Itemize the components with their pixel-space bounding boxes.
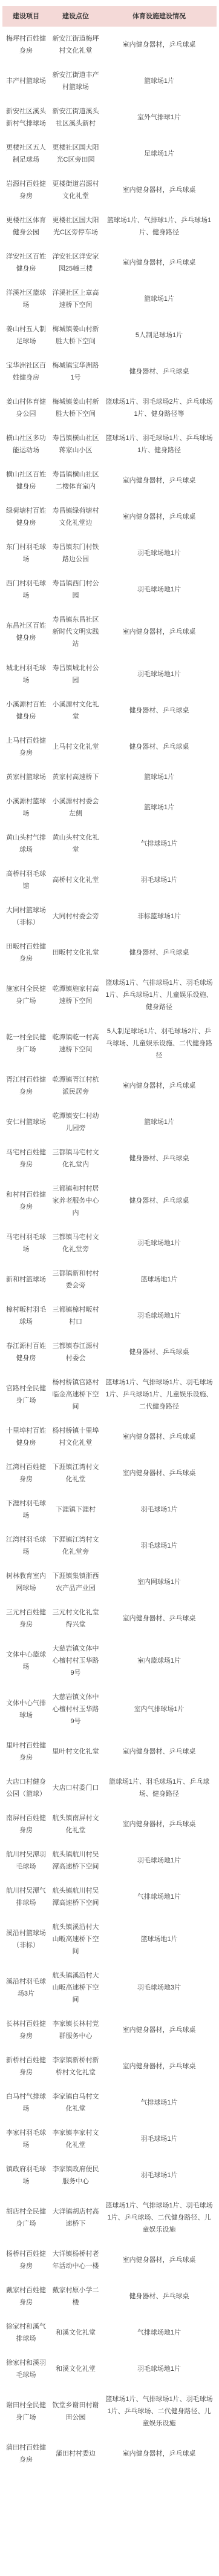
location-cell: 李家镇新桥村新桥村文化礼堂 [50,2054,102,2078]
project-cell: 横山社区多功能运动场 [2,432,50,456]
project-cell: 大店口村健身公园（篮球） [2,1776,50,1800]
project-cell: 西门村羽毛球场 [2,577,50,602]
project-cell: 大同村篮球场（非标） [2,904,50,928]
location-cell: 洋安社区洋安家园25幢三楼 [50,251,102,275]
project-cell: 马宅村百姓健身房 [2,1146,50,1171]
project-cell: 南屏村百姓健身房 [2,1812,50,1836]
project-cell: 高桥村羽毛球馆 [2,868,50,892]
project-cell: 姜山村体育健身公园 [2,396,50,420]
facilities-cell: 足球场1片 [102,148,217,160]
table-row: 绿荷塘村百姓健身房寿昌镇绿荷塘村文化礼堂边室内健身器材，乒乓球桌 [2,499,217,535]
table-row: 梅坪村百姓健身房新安江街道梅坪村文化礼堂室内健身器材，乒乓球桌 [2,27,217,63]
project-cell: 黄山头村气排球场 [2,832,50,856]
table-row: 更楼社区体育健身公园更楼社区国大阳光C区旁停车场篮球场1片、气排球1片、乒乓球场… [2,208,217,245]
location-cell: 梅城镇宝华洲路1号 [50,360,102,384]
facilities-table: 建设项目 建设点位 体育设施建设情况 梅坪村百姓健身房新安江街道梅坪村文化礼堂室… [2,6,217,2472]
table-row: 胥江村百姓健身房乾潭镇胥江村杭派民居旁室内健身器材，乒乓球桌 [2,1068,217,1104]
table-row: 镇政府羽毛球场李家镇政府便民服务中心羽毛球场1片 [2,2157,217,2193]
table-row: 洋安社区百姓健身房洋安社区洋安家园25幢三楼室内健身器材，乒乓球桌 [2,245,217,281]
project-cell: 官路村全民健身广场 [2,1382,50,1407]
table-row: 西门村羽毛球场寿昌镇西门村公园羽毛球场地1片 [2,571,217,608]
project-cell: 胥江村百姓健身房 [2,1074,50,1098]
table-row: 乾一村全民健身广场乾潭镇乾一村高速桥下空间5人制足球场1片、羽毛球场2片、乒乓球… [2,1019,217,1068]
facilities-cell: 篮球场1片 [102,1116,217,1128]
project-cell: 蒲田村百姓健身房 [2,2442,50,2466]
location-cell: 新安江街道丰产村篮球场 [50,69,102,93]
facilities-cell: 羽毛球场地1片 [102,1855,217,1867]
location-cell: 下涯镇江湾村文化礼堂旁 [50,1534,102,1558]
location-cell: 杨村桥镇十里埠村文化礼堂 [50,1425,102,1449]
location-cell: 戴家村原小学二楼 [50,2284,102,2308]
project-cell: 姜山村五人制足球场 [2,323,50,347]
facilities-cell: 室内健身器材，乒乓球桌 [102,626,217,638]
project-cell: 溪沿村羽毛球场3片 [2,1976,50,2000]
project-cell: 樟村畈村羽毛球场 [2,1304,50,1328]
facilities-cell: 羽毛球场地1片 [102,547,217,559]
table-row: 新安社区溪头新村气排球场新安江街道溪头社区溪头新村室外气排球1片 [2,99,217,136]
location-cell: 杨村桥镇官路村临金高速桥下空间 [50,1376,102,1413]
table-row: 航川村吴潭羽毛球场航头镇航川村吴潭高速桥下空间羽毛球场地1片 [2,1842,217,1879]
facilities-cell: 羽毛球场地1片 [102,1237,217,1249]
project-cell: 里叶村百姓健身房 [2,1740,50,1764]
facilities-cell: 健身器材、乒乓球桌 [102,705,217,717]
facilities-cell: 室内健身器材，乒乓球桌 [102,2254,217,2266]
project-cell: 洋溪社区篮球场 [2,287,50,311]
location-cell: 乾潭镇乾一村高速桥下空间 [50,1031,102,1056]
table-row: 田畈村百姓健身房田畈村文化礼堂健身器材、乒乓球桌 [2,935,217,971]
location-cell: 寿昌镇东昌社区新时代文明实践站 [50,614,102,650]
location-cell: 洋溪社区上章高速桥下空间 [50,287,102,311]
table-row: 溪沿村篮球场（非标）航头镇溪沿村大山畈高速桥下空间篮球场地1片 [2,1915,217,1963]
project-cell: 更楼社区五人制足球场 [2,142,50,166]
project-cell: 东昌社区百姓健身房 [2,620,50,644]
table-row: 新和村篮球场三都镇新和村村委会旁篮球场地1片 [2,1261,217,1298]
location-cell: 大洋镇杨桥村老年活动中心一楼 [50,2248,102,2272]
table-row: 航川村吴潭气排球场航头镇航川村吴潭高速桥下空间气排球场地1片 [2,1879,217,1915]
facilities-cell: 篮球场1片、气排球1片、乒乓球场1片、健身路径 [102,214,217,238]
facilities-cell: 室内健身器材，乒乓球桌 [102,184,217,196]
project-cell: 岩源村百姓健身房 [2,178,50,202]
project-cell: 李家村羽毛球场 [2,2127,50,2151]
project-cell: 谢田村全民健身广场 [2,2399,50,2423]
table-row: 岩源村百姓健身房更楼街道岩源村文化礼堂室内健身器材，乒乓球桌 [2,172,217,208]
project-cell: 镇政府羽毛球场 [2,2163,50,2187]
facilities-cell: 5人制足球场1片、羽毛球场2片、乒乓球场、儿童娱乐设施、二代健身路径 [102,1025,217,1062]
facilities-cell: 健身器材、乒乓球桌 [102,741,217,753]
facilities-cell: 篮球场1片 [102,771,217,783]
table-row: 姜山村五人制足球场梅城镇姜山村新胜大桥下空间5人制足球场1片 [2,317,217,353]
facilities-cell: 非标篮球场1片 [102,910,217,922]
facilities-cell: 羽毛球场1片 [102,1540,217,1552]
table-row: 李家村羽毛球场李家镇李家村文化礼堂羽毛球场1片 [2,2121,217,2157]
location-cell: 黄山头村文化礼堂 [50,832,102,856]
facilities-cell: 篮球场1片、羽毛球场1片、乒乓球场1片、健身路径 [102,432,217,456]
table-row: 徐家村和溪气排球场和溪文化礼堂气排球场地1片 [2,2315,217,2351]
project-cell: 新安社区溪头新村气排球场 [2,105,50,130]
project-cell: 更楼社区体育健身公园 [2,214,50,238]
location-cell: 下涯镇集镇浙西农产品产业园 [50,1570,102,1594]
table-row: 横山社区多功能运动场寿昌镇横山社区蒋家山小区篮球场1片、羽毛球场1片、乒乓球场1… [2,426,217,462]
location-cell: 李家镇白马村文化礼堂 [50,2091,102,2115]
project-cell: 田畈村百姓健身房 [2,941,50,965]
location-cell: 更楼社区国大阳光C区旁田园 [50,142,102,166]
project-cell: 马宅村羽毛球场 [2,1231,50,1255]
location-cell: 李家镇长林村党群服务中心 [50,2018,102,2042]
facilities-cell: 篮球场地1片 [102,1933,217,1945]
facilities-cell: 气排球场1片 [102,2097,217,2109]
facilities-cell: 羽毛球场地1片 [102,2363,217,2375]
table-row: 戴家村百姓健身房戴家村原小学二楼健身器材、乒乓球桌 [2,2278,217,2315]
table-row: 马宅村羽毛球场三都镇马宅村文化礼堂旁羽毛球场地1片 [2,1225,217,1261]
table-row: 谢田村全民健身广场钦堂乡谢田村谢田公园篮球场1片、气排球场1片、羽毛球场1片、乒… [2,2387,217,2436]
facilities-cell: 室内健身器材，乒乓球桌 [102,257,217,269]
project-cell: 小溪源村篮球场 [2,795,50,820]
location-cell: 寿昌镇西门村公园 [50,577,102,602]
project-cell: 黄家村篮球场 [2,771,50,783]
project-cell: 施家村全民健身广场 [2,983,50,1007]
location-cell: 寿昌镇绿荷塘村文化礼堂边 [50,505,102,529]
location-cell: 航头镇溪沿村大山畈高速桥下空间 [50,1921,102,1957]
location-cell: 乾潭镇胥江村杭派民居旁 [50,1074,102,1098]
location-cell: 三都镇春江源村村委会 [50,1340,102,1364]
table-row: 春江源村百姓健身房三都镇春江源村村委会健身器材、乒乓球桌 [2,1334,217,1370]
table-row: 文体中心气排球场大慈岩镇文体中心檀村村玉华路9号室内气排球场1片 [2,1685,217,1733]
table-row: 洋溪社区篮球场洋溪社区上章高速桥下空间篮球场1片 [2,281,217,317]
project-cell: 十里埠村百姓健身房 [2,1425,50,1449]
facilities-cell: 室内健身器材，乒乓球桌 [102,2448,217,2460]
project-cell: 文体中心气排球场 [2,1697,50,1721]
facilities-cell: 室内篮球场1片 [102,1655,217,1667]
location-cell: 下涯镇江湾村文化礼堂 [50,1461,102,1485]
facilities-cell: 篮球场1片、羽毛球场2片、乒乓球场1片、健身路径等 [102,396,217,420]
facilities-cell: 羽毛球场1片 [102,2169,217,2181]
table-row: 东昌社区百姓健身房寿昌镇东昌社区新时代文明实践站室内健身器材，乒乓球桌 [2,608,217,656]
facilities-cell: 健身器材、乒乓球桌 [102,1346,217,1358]
location-cell: 三都镇樟村畈村村口 [50,1304,102,1328]
table-row: 十里埠村百姓健身房杨村桥镇十里埠村文化礼堂室内健身器材、乒乓球桌 [2,1419,217,1455]
facilities-cell: 室内气排球场1片 [102,1703,217,1715]
location-cell: 新安江街道梅坪村文化礼堂 [50,33,102,57]
location-cell: 上马村文化礼堂 [50,741,102,753]
project-cell: 白马村气排球场 [2,2091,50,2115]
location-cell: 三元村文化礼堂得兴堂 [50,1606,102,1631]
table-row: 大店口村健身公园（篮球）大店口村委门口篮球场1片、羽毛球场1片、乒乓球场、健身路… [2,1770,217,1806]
location-cell: 蒲田村村委边 [50,2448,102,2460]
location-cell: 更楼街道岩源村文化礼堂 [50,178,102,202]
project-cell: 长林村百姓健身房 [2,2018,50,2042]
facilities-cell: 篮球场地1片 [102,1273,217,1286]
table-row: 三元村百姓健身房三元村文化礼堂得兴堂室内健身器材、乒乓球桌 [2,1600,217,1637]
facilities-cell: 篮球场1片 [102,293,217,305]
facilities-cell: 篮球场1片、气排球场1片、羽毛球场1片、乒乓球场1片、儿童娱乐设施、健身路径 [102,977,217,1013]
location-cell: 小溪源村村委会左侧 [50,795,102,820]
facilities-cell: 羽毛球场1片 [102,874,217,886]
location-cell: 三都镇和村村居家养老服务中心内 [50,1183,102,1219]
location-cell: 大慈岩镇文体中心檀村村玉华路9号 [50,1691,102,1727]
table-row: 里叶村百姓健身房里叶村文化礼堂室内健身器材、乒乓球桌 [2,1733,217,1770]
project-cell: 三元村百姓健身房 [2,1606,50,1631]
project-cell: 丰产村篮球场 [2,75,50,87]
facilities-cell: 室内健身器材、乒乓球桌 [102,1746,217,1758]
location-cell: 高桥村文化礼堂 [50,874,102,886]
table-row: 南屏村百姓健身房航头镇南屏村文化礼堂室内健身器材，乒乓球桌 [2,1806,217,1842]
table-row: 文体中心篮球场大慈岩镇文体中心檀村村玉华路9号室内篮球场1片 [2,1637,217,1685]
facilities-cell: 室内健身器材、乒乓球桌 [102,1612,217,1625]
location-cell: 梅城镇姜山村新胜大桥下空间 [50,396,102,420]
location-cell: 三都镇马宅村文化礼堂旁 [50,1231,102,1255]
project-cell: 航川村吴潭气排球场 [2,1885,50,1909]
table-row: 小溪源村篮球场小溪源村村委会左侧篮球场1片 [2,789,217,826]
location-cell: 航头镇溪沿村大山畈高速桥下空间 [50,1970,102,2006]
table-row: 马宅村百姓健身房三都镇马宅村文化礼堂内健身器材、乒乓球桌 [2,1140,217,1177]
header-location: 建设点位 [50,11,102,21]
facilities-cell: 篮球场1片、羽毛球场1片、乒乓球场、健身路径 [102,1776,217,1800]
table-row: 黄山头村气排球场黄山头村文化礼堂气排球场1片 [2,826,217,862]
table-row: 高桥村羽毛球馆高桥村文化礼堂羽毛球场1片 [2,862,217,898]
location-cell: 大同村村委会旁 [50,910,102,922]
location-cell: 李家镇政府便民服务中心 [50,2163,102,2187]
facilities-cell: 篮球场1片 [102,801,217,813]
table-row: 溪沿村羽毛球场3片航头镇溪沿村大山畈高速桥下空间羽毛球场地3片 [2,1963,217,2012]
location-cell: 钦堂乡谢田村谢田公园 [50,2399,102,2423]
project-cell: 新桥村百姓健身房 [2,2054,50,2078]
location-cell: 新安江街道溪头社区溪头新村 [50,105,102,130]
facilities-cell: 羽毛球场1片 [102,2133,217,2145]
location-cell: 航头镇南屏村文化礼堂 [50,1812,102,1836]
facilities-cell: 篮球场1片、气排球场1片、羽毛球场1片、乒乓球场1片、儿童娱乐设施、二代健身路径 [102,1376,217,1413]
table-row: 樟村畈村羽毛球场三都镇樟村畈村村口羽毛球场地1片 [2,1298,217,1334]
table-row: 徐家村和溪羽毛球场和溪文化礼堂羽毛球场地1片 [2,2351,217,2387]
location-cell: 里叶村文化礼堂 [50,1746,102,1758]
location-cell: 李家镇李家村文化礼堂 [50,2127,102,2151]
location-cell: 小溪源村文化礼堂 [50,698,102,723]
facilities-cell: 室内健身器材，乒乓球桌 [102,2024,217,2036]
facilities-cell: 室内健身器材，乒乓球桌 [102,475,217,487]
location-cell: 寿昌镇横山社区二楼体育室内 [50,468,102,493]
project-cell: 城北村羽毛球场 [2,662,50,686]
project-cell: 小溪源村百姓健身房 [2,698,50,723]
table-row: 小溪源村百姓健身房小溪源村文化礼堂健身器材、乒乓球桌 [2,692,217,729]
facilities-cell: 健身器材、乒乓球桌 [102,1195,217,1207]
table-row: 丰产村篮球场新安江街道丰产村篮球场篮球场1片 [2,63,217,99]
table-row: 姜山村体育健身公园梅城镇姜山村新胜大桥下空间篮球场1片、羽毛球场2片、乒乓球场1… [2,390,217,426]
table-row: 安仁村篮球场乾潭镇安仁村幼儿园旁篮球场1片 [2,1104,217,1140]
project-cell: 绿荷塘村百姓健身房 [2,505,50,529]
project-cell: 新和村篮球场 [2,1273,50,1286]
project-cell: 梅坪村百姓健身房 [2,33,50,57]
table-row: 大同村篮球场（非标）大同村村委会旁非标篮球场1片 [2,898,217,935]
project-cell: 下涯村羽毛球场 [2,1497,50,1522]
table-row: 杨桥村百姓健身房大洋镇杨桥村老年活动中心一楼室内健身器材，乒乓球桌 [2,2242,217,2278]
location-cell: 黄家村高速桥下 [50,771,102,783]
facilities-cell: 气排球场地1片 [102,1891,217,1903]
project-cell: 上马村百姓健身房 [2,735,50,759]
location-cell: 更楼社区国大阳光C区旁停车场 [50,214,102,238]
facilities-cell: 篮球场1片、气排球场1片、羽毛球场1片、乒乓球场、二代健身路径、儿童娱乐设施 [102,2200,217,2236]
facilities-cell: 羽毛球场1片 [102,1503,217,1516]
table-row: 东门村羽毛球场寿昌镇东门村铁路边公园羽毛球场地1片 [2,535,217,571]
project-cell: 春江源村百姓健身房 [2,1340,50,1364]
table-row: 江湾村百姓健身房下涯镇江湾村文化礼堂室内健身器材、乒乓球桌 [2,1455,217,1491]
location-cell: 航头镇航川村吴潭高速桥下空间 [50,1848,102,1873]
facilities-cell: 室内健身器材，乒乓球桌 [102,1818,217,1830]
facilities-cell: 羽毛球场地3片 [102,1982,217,1994]
facilities-cell: 室内健身器材、乒乓球桌 [102,1431,217,1443]
location-cell: 乾潭镇施家村高速桥下空间 [50,983,102,1007]
location-cell: 和溪文化礼堂 [50,2363,102,2375]
facilities-cell: 室外气排球1片 [102,111,217,123]
table-header-row: 建设项目 建设点位 体育设施建设情况 [2,6,217,27]
table-row: 江湾村羽毛球场下涯镇江湾村文化礼堂旁羽毛球场1片 [2,1528,217,1564]
header-facilities: 体育设施建设情况 [102,11,217,21]
project-cell: 洋安社区百姓健身房 [2,251,50,275]
table-row: 更楼社区五人制足球场更楼社区国大阳光C区旁田园足球场1片 [2,136,217,172]
project-cell: 胡店村全民健身广场 [2,2206,50,2230]
location-cell: 寿昌镇东门村铁路边公园 [50,541,102,565]
facilities-cell: 羽毛球场地1片 [102,1310,217,1322]
table-row: 下涯村羽毛球场下涯镇下涯村羽毛球场1片 [2,1491,217,1528]
location-cell: 三都镇新和村村委会旁 [50,1267,102,1292]
project-cell: 徐家村和溪气排球场 [2,2321,50,2345]
facilities-cell: 室内网球场1片 [102,1576,217,1588]
location-cell: 和溪文化礼堂 [50,2327,102,2339]
project-cell: 杨桥村百姓健身房 [2,2248,50,2272]
facilities-cell: 羽毛球场地1片 [102,668,217,680]
table-body: 梅坪村百姓健身房新安江街道梅坪村文化礼堂室内健身器材，乒乓球桌丰产村篮球场新安江… [2,27,217,2472]
project-cell: 乾一村全民健身广场 [2,1031,50,1056]
table-row: 施家村全民健身广场乾潭镇施家村高速桥下空间篮球场1片、气排球场1片、羽毛球场1片… [2,971,217,1019]
project-cell: 宝华洲社区百姓健身房 [2,360,50,384]
table-row: 宝华洲社区百姓健身房梅城镇宝华洲路1号健身器材、乒乓球桌 [2,353,217,390]
facilities-cell: 健身器材、乒乓球桌 [102,1152,217,1165]
project-cell: 横山社区百姓健身房 [2,468,50,493]
location-cell: 大店口村委门口 [50,1782,102,1794]
project-cell: 徐家村和溪羽毛球场 [2,2357,50,2381]
facilities-cell: 健身器材、乒乓球桌 [102,366,217,378]
facilities-cell: 气排球场1片 [102,838,217,850]
facilities-cell: 室内健身器材、乒乓球桌 [102,1467,217,1479]
location-cell: 乾潭镇安仁村幼儿园旁 [50,1110,102,1134]
project-cell: 和村村百姓健身房 [2,1189,50,1213]
facilities-cell: 健身器材、乒乓球桌 [102,2290,217,2302]
table-row: 上马村百姓健身房上马村文化礼堂健身器材、乒乓球桌 [2,729,217,765]
project-cell: 树林教育室内网球场 [2,1570,50,1594]
location-cell: 下涯镇下涯村 [50,1503,102,1516]
facilities-cell: 篮球场1片、气排球场1片、羽毛球场1片、乒乓球场、二代健身路径、儿童娱乐设施 [102,2393,217,2430]
facilities-cell: 篮球场1片 [102,75,217,87]
table-row: 白马村气排球场李家镇白马村文化礼堂气排球场1片 [2,2085,217,2121]
location-cell: 田畈村文化礼堂 [50,947,102,959]
location-cell: 寿昌镇城北村公园 [50,662,102,686]
project-cell: 航川村吴潭羽毛球场 [2,1848,50,1873]
project-cell: 江湾村百姓健身房 [2,1461,50,1485]
table-row: 黄家村篮球场黄家村高速桥下篮球场1片 [2,765,217,789]
facilities-cell: 室内健身器材，乒乓球桌 [102,1080,217,1092]
project-cell: 安仁村篮球场 [2,1116,50,1128]
table-row: 树林教育室内网球场下涯镇集镇浙西农产品产业园室内网球场1片 [2,1564,217,1600]
facilities-cell: 健身器材、乒乓球桌 [102,947,217,959]
facilities-cell: 室内健身器材，乒乓球桌 [102,511,217,523]
header-project: 建设项目 [2,11,50,21]
location-cell: 寿昌镇横山社区蒋家山小区 [50,432,102,456]
table-row: 城北村羽毛球场寿昌镇城北村公园羽毛球场地1片 [2,656,217,692]
project-cell: 江湾村羽毛球场 [2,1534,50,1558]
table-row: 长林村百姓健身房李家镇长林村党群服务中心室内健身器材，乒乓球桌 [2,2012,217,2048]
table-row: 蒲田村百姓健身房蒲田村村委边室内健身器材，乒乓球桌 [2,2436,217,2472]
project-cell: 戴家村百姓健身房 [2,2284,50,2308]
facilities-cell: 气排球场地1片 [102,2327,217,2339]
facilities-cell: 5人制足球场1片 [102,329,217,341]
location-cell: 航头镇航川村吴潭高速桥下空间 [50,1885,102,1909]
table-row: 横山社区百姓健身房寿昌镇横山社区二楼体育室内室内健身器材，乒乓球桌 [2,462,217,499]
project-cell: 文体中心篮球场 [2,1649,50,1673]
location-cell: 梅城镇姜山村新胜大桥下空间 [50,323,102,347]
table-row: 官路村全民健身广场杨村桥镇官路村临金高速桥下空间篮球场1片、气排球场1片、羽毛球… [2,1370,217,1419]
location-cell: 三都镇马宅村文化礼堂内 [50,1146,102,1171]
project-cell: 溪沿村篮球场（非标） [2,1927,50,1951]
facilities-cell: 室内健身器材，乒乓球桌 [102,39,217,51]
table-row: 新桥村百姓健身房李家镇新桥村新桥村文化礼堂室内健身器材，乒乓球桌 [2,2048,217,2085]
location-cell: 大洋镇胡店村高速桥下 [50,2206,102,2230]
project-cell: 东门村羽毛球场 [2,541,50,565]
table-row: 和村村百姓健身房三都镇和村村居家养老服务中心内健身器材、乒乓球桌 [2,1177,217,1225]
facilities-cell: 羽毛球场地1片 [102,583,217,596]
facilities-cell: 室内健身器材，乒乓球桌 [102,2060,217,2072]
table-row: 胡店村全民健身广场大洋镇胡店村高速桥下篮球场1片、气排球场1片、羽毛球场1片、乒… [2,2193,217,2242]
location-cell: 大慈岩镇文体中心檀村村玉华路9号 [50,1643,102,1679]
